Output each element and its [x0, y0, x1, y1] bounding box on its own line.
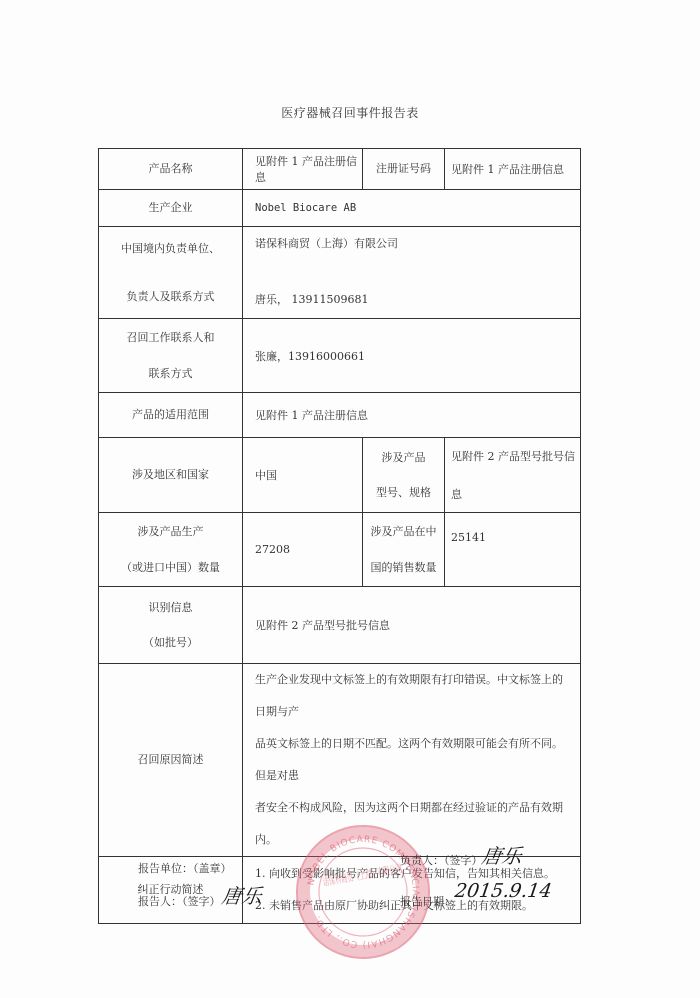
- responsible-signature: 唐乐: [480, 840, 524, 869]
- recall-reason-label: 召回原因简述: [99, 664, 243, 857]
- china-responsible-company: 诺保科商贸（上海）有限公司: [255, 235, 580, 251]
- production-qty-value: 27208: [243, 513, 363, 587]
- model-spec-label-line-1: 涉及产品: [363, 451, 444, 464]
- reporting-unit-label: 报告单位：（盖章）: [138, 860, 232, 876]
- row-region-model: 涉及地区和国家 中国 涉及产品 型号、规格 见附件 2 产品型号批号信 息: [99, 438, 581, 513]
- china-responsible-contact: 唐乐， 13911509681: [255, 291, 580, 307]
- seal-graphic: NOBEL BIOCARE COMMERCIAL (SHANGHAI) CO.,…: [298, 827, 428, 957]
- china-sales-qty-value: 25141: [445, 513, 581, 587]
- recall-reason-line-1: 生产企业发现中文标签上的有效期限有打印错误。中文标签上的日期与产: [255, 664, 572, 728]
- recall-contact-label: 召回工作联系人和 联系方式: [99, 319, 243, 393]
- reporter-label: 报告人：（签字）: [138, 893, 221, 909]
- responsible-label: 负责人：（签字）: [400, 852, 483, 868]
- identification-label-line-2: （如批号）: [99, 636, 242, 649]
- china-responsible-label-line-2: 负责人及联系方式: [99, 290, 242, 303]
- recall-contact-label-line-1: 召回工作联系人和: [99, 331, 242, 344]
- row-scope: 产品的适用范围 见附件 1 产品注册信息: [99, 393, 581, 438]
- china-sales-qty-label: 涉及产品在中 国的销售数量: [363, 513, 445, 587]
- china-responsible-value: 诺保科商贸（上海）有限公司 唐乐， 13911509681: [243, 227, 581, 319]
- model-spec-label: 涉及产品 型号、规格: [363, 438, 445, 513]
- china-sales-qty-label-line-2: 国的销售数量: [363, 561, 444, 574]
- model-spec-label-line-2: 型号、规格: [363, 486, 444, 499]
- recall-contact-value: 张廉，13916000661: [243, 319, 581, 393]
- registration-no-value: 见附件 1 产品注册信息: [445, 149, 581, 190]
- row-manufacturer: 生产企业 Nobel Biocare AB: [99, 190, 581, 227]
- identification-value: 见附件 2 产品型号批号信息: [243, 587, 581, 664]
- row-recall-contact: 召回工作联系人和 联系方式 张廉，13916000661: [99, 319, 581, 393]
- recall-reason-line-2: 品英文标签上的日期不匹配。这两个有效期限可能会有所不同。但是对患: [255, 728, 572, 792]
- production-qty-label-line-2: （或进口中国）数量: [99, 561, 242, 574]
- region-value: 中国: [243, 438, 363, 513]
- reporter-signature: 唐乐: [220, 880, 264, 909]
- recall-report-table: 产品名称 见附件 1 产品注册信息 注册证号码 见附件 1 产品注册信息 生产企…: [98, 148, 581, 924]
- scope-label: 产品的适用范围: [99, 393, 243, 438]
- production-qty-label: 涉及产品生产 （或进口中国）数量: [99, 513, 243, 587]
- manufacturer-label: 生产企业: [99, 190, 243, 227]
- report-date-label: 报告日期：: [400, 893, 455, 909]
- china-responsible-label-line-1: 中国境内负责单位、: [99, 242, 242, 255]
- report-date-value: 2015.9.14: [453, 880, 553, 902]
- model-spec-value: 见附件 2 产品型号批号信 息: [445, 438, 581, 513]
- row-identification: 识别信息 （如批号） 见附件 2 产品型号批号信息: [99, 587, 581, 664]
- identification-label-line-1: 识别信息: [99, 601, 242, 614]
- identification-label: 识别信息 （如批号）: [99, 587, 243, 664]
- recall-contact-label-line-2: 联系方式: [99, 367, 242, 380]
- company-seal: NOBEL BIOCARE COMMERCIAL (SHANGHAI) CO.,…: [296, 825, 430, 959]
- manufacturer-value: Nobel Biocare AB: [243, 190, 581, 227]
- registration-no-label: 注册证号码: [363, 149, 445, 190]
- china-responsible-label: 中国境内负责单位、 负责人及联系方式: [99, 227, 243, 319]
- model-spec-value-line-2: 息: [451, 486, 580, 502]
- model-spec-value-line-1: 见附件 2 产品型号批号信: [451, 448, 580, 464]
- row-product-name: 产品名称 见附件 1 产品注册信息 注册证号码 见附件 1 产品注册信息: [99, 149, 581, 190]
- document-title: 医疗器械召回事件报告表: [0, 104, 700, 121]
- region-label: 涉及地区和国家: [99, 438, 243, 513]
- china-sales-qty-label-line-1: 涉及产品在中: [363, 525, 444, 538]
- product-name-value: 见附件 1 产品注册信息: [243, 149, 363, 190]
- row-quantities: 涉及产品生产 （或进口中国）数量 27208 涉及产品在中 国的销售数量 251…: [99, 513, 581, 587]
- scope-value: 见附件 1 产品注册信息: [243, 393, 581, 438]
- product-name-label: 产品名称: [99, 149, 243, 190]
- production-qty-label-line-1: 涉及产品生产: [99, 525, 242, 538]
- row-china-responsible: 中国境内负责单位、 负责人及联系方式 诺保科商贸（上海）有限公司 唐乐， 139…: [99, 227, 581, 319]
- seal-inner-text: 诺保科商贸（上海）有限公司: [322, 861, 403, 889]
